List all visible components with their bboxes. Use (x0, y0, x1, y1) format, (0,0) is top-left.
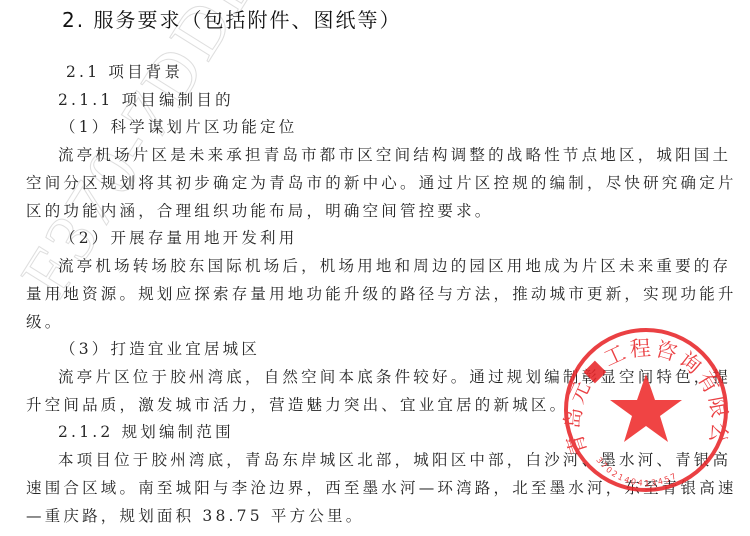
section-heading-2-1-1: 2.1.1 项目编制目的 (58, 88, 234, 110)
section-heading-2-1: 2.1 项目背景 (66, 60, 183, 82)
paragraph-line: 速围合区域。南至城阳与李沧边界，西至墨水河—环湾路，北至墨水河，东至青银高速 (26, 476, 737, 498)
paragraph-line: 升空间品质，激发城市活力，营造魅力突出、宜业宜居的新城区。 (26, 393, 568, 415)
stamp-company-name: 青岛元■工程咨询有限公司 (556, 322, 732, 458)
page-title: 2. 服务要求（包括附件、图纸等） (62, 4, 401, 33)
section-heading-2-1-2: 2.1.2 规划编制范围 (58, 420, 234, 442)
paragraph-line: —重庆路，规划面积 38.75 平方公里。 (26, 504, 364, 526)
paragraph-line: 级。 (26, 310, 63, 332)
paragraph-line: 量用地资源。规划应探索存量用地功能升级的路径与方法，推动城市更新，实现功能升 (26, 282, 737, 304)
svg-text:青岛元■工程咨询有限公司: 青岛元■工程咨询有限公司 (556, 322, 732, 458)
paragraph-line: 本项目位于胶州湾底，青岛东岸城区北部，城阳区中部，白沙河、墨水河、青银高 (58, 448, 731, 470)
paragraph-line: 区的功能内涵，合理组织功能布局，明确空间管控要求。 (26, 199, 494, 221)
paragraph-line: 空间分区规划将其初步确定为青岛市的新中心。通过片区控规的编制，尽快研究确定片 (26, 171, 737, 193)
company-seal-stamp: 青岛元■工程咨询有限公司 3702140413457 (556, 322, 736, 502)
paragraph-line: 流亭机场片区是未来承担青岛市都市区空间结构调整的战略性节点地区，城阳国土 (58, 143, 731, 165)
item-1-heading: （1）科学谋划片区功能定位 (60, 115, 297, 137)
document-page: F370-7DDE-93E3-ED6F13 2. 服务要求（包括附件、图纸等） … (0, 0, 750, 536)
paragraph-line: 流亭片区位于胶州湾底，自然空间本底条件较好。通过规划编制彰显空间特色，提 (58, 365, 731, 387)
item-2-heading: （2）开展存量用地开发利用 (60, 226, 297, 248)
item-3-heading: （3）打造宜业宜居城区 (60, 337, 260, 359)
paragraph-line: 流亭机场转场胶东国际机场后，机场用地和周边的园区用地成为片区未来重要的存 (58, 254, 731, 276)
